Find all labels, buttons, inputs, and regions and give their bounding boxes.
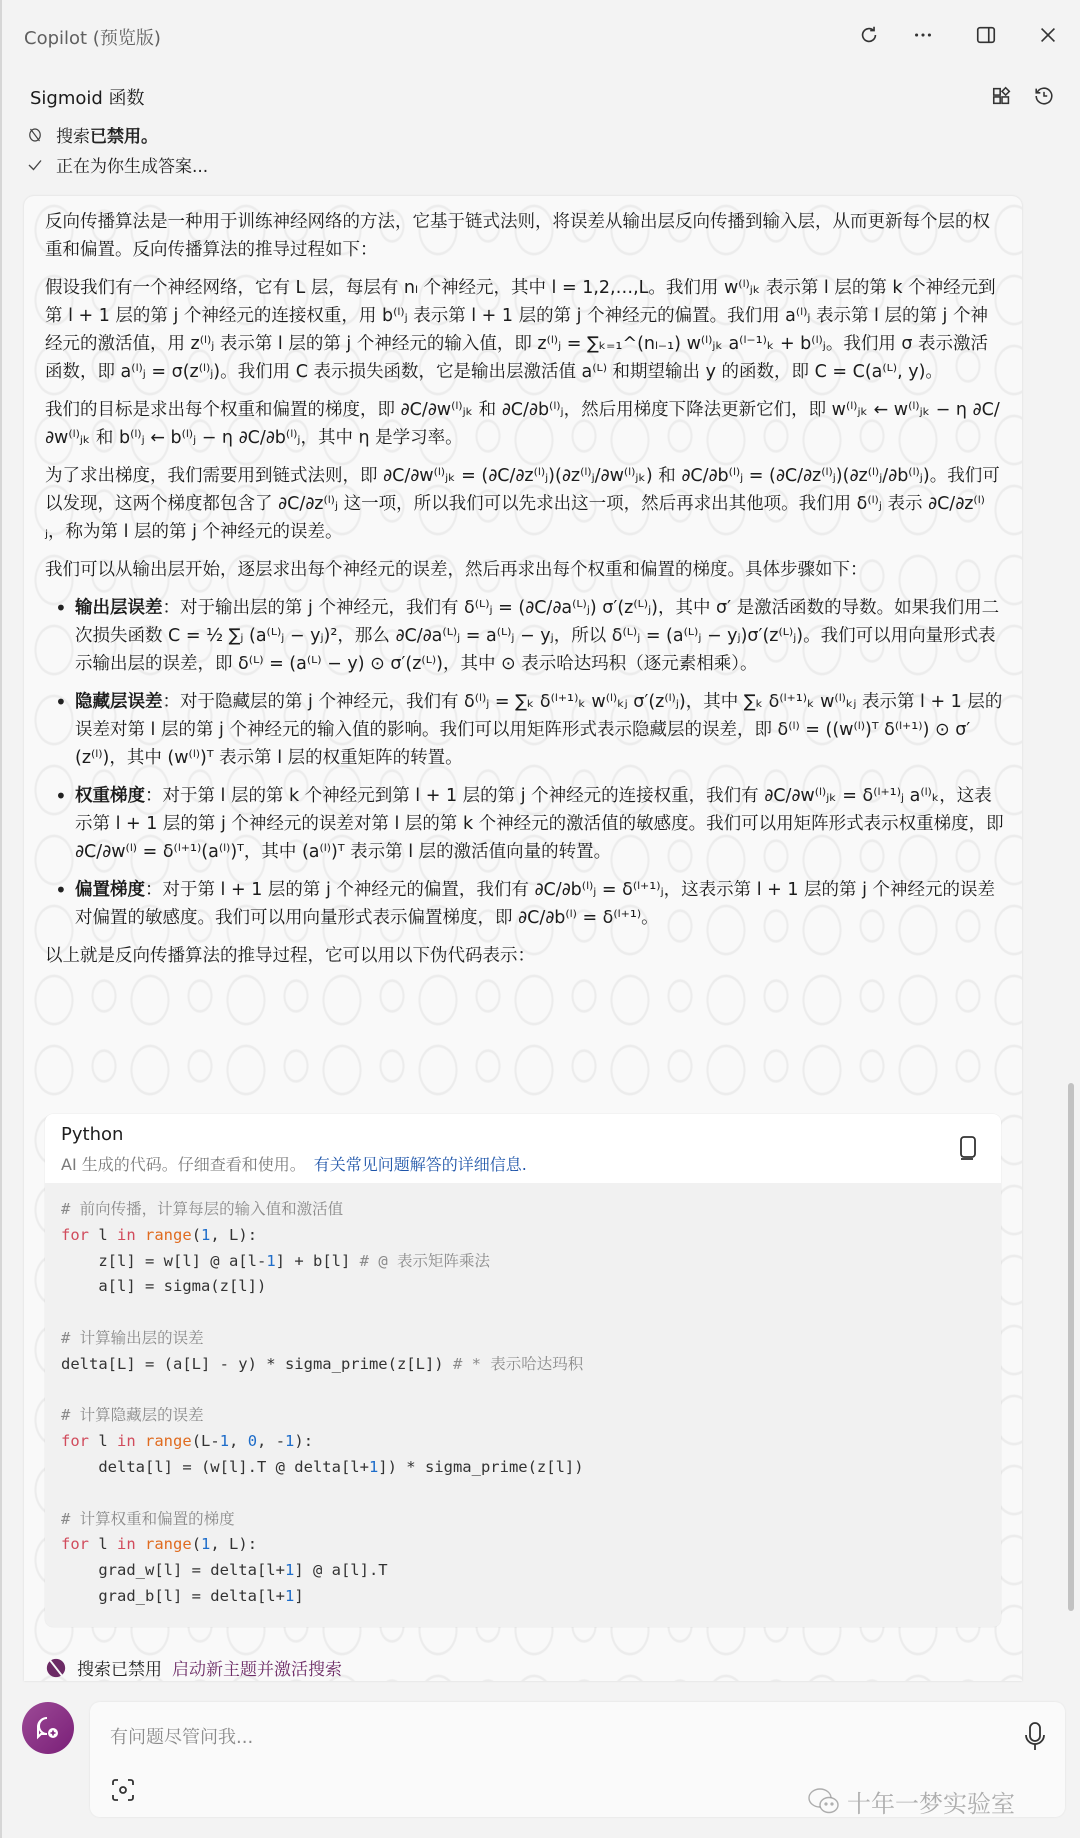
- list-item: 输出层误差：对于输出层的第 j 个神经元，我们有 δ⁽ᴸ⁾ⱼ = (∂C/∂a⁽…: [45, 594, 1005, 678]
- faq-link[interactable]: 有关常见问题解答的详细信息.: [314, 1155, 527, 1174]
- generating-text: 正在为你生成答案...: [56, 152, 208, 177]
- topic-actions: [990, 84, 1056, 108]
- scrollbar[interactable]: [1068, 1083, 1074, 1611]
- answer-paragraph: 以上就是反向传播算法的推导过程，它可以用以下伪代码表示：: [45, 942, 1005, 970]
- code-header: Python AI 生成的代码。仔细查看和使用。有关常见问题解答的详细信息.: [45, 1114, 1001, 1183]
- code-line: for l in range(L-1, 0, -1):: [61, 1429, 985, 1455]
- step-text: ：对于第 l + 1 层的第 j 个神经元的偏置，我们有 ∂C/∂b⁽ˡ⁾ⱼ =…: [75, 880, 995, 928]
- screenshot-icon: [110, 1777, 136, 1803]
- code-language: Python: [61, 1124, 123, 1145]
- list-item: 隐藏层误差：对于隐藏层的第 j 个神经元，我们有 δ⁽ˡ⁾ⱼ = ∑ₖ δ⁽ˡ⁺…: [45, 688, 1005, 772]
- answer-card: 反向传播算法是一种用于训练神经网络的方法，它基于链式法则，将误差从输出层反向传播…: [24, 196, 1022, 1681]
- step-title: 权重梯度: [75, 786, 145, 806]
- plugins-button[interactable]: [990, 84, 1014, 108]
- search-status-bold: 已禁用。: [90, 127, 158, 147]
- voice-input-button[interactable]: [1021, 1720, 1049, 1754]
- code-disclaimer: AI 生成的代码。仔细查看和使用。: [61, 1155, 306, 1174]
- step-title: 隐藏层误差: [75, 692, 163, 712]
- screenshot-button[interactable]: [110, 1777, 136, 1803]
- answer-paragraph: 假设我们有一个神经网络，它有 L 层，每层有 nₗ 个神经元，其中 l = 1,…: [45, 274, 1005, 386]
- brand-watermark: 十年一梦实验室: [807, 1784, 1015, 1819]
- answer-paragraph: 反向传播算法是一种用于训练神经网络的方法，它基于链式法则，将误差从输出层反向传播…: [45, 208, 1005, 264]
- answer-paragraph: 我们的目标是求出每个权重和偏置的梯度，即 ∂C/∂w⁽ˡ⁾ⱼₖ 和 ∂C/∂b⁽…: [45, 396, 1005, 452]
- checkmark-icon: [26, 156, 44, 174]
- generating-status: 正在为你生成答案...: [26, 152, 208, 177]
- title-bar: Copilot (预览版): [2, 0, 1080, 70]
- chat-composer: 十年一梦实验室: [90, 1702, 1065, 1817]
- answer-paragraph: 我们可以从输出层开始，逐层求出每个神经元的误差，然后再求出每个权重和偏置的梯度。…: [45, 556, 1005, 584]
- more-options-button[interactable]: [908, 20, 938, 50]
- code-line: # 计算权重和偏置的梯度: [61, 1507, 985, 1533]
- step-title: 输出层误差: [75, 598, 163, 618]
- code-line: delta[L] = (a[L] - y) * sigma_prime(z[L]…: [61, 1352, 985, 1378]
- code-body: # 前向传播，计算每层的输入值和激活值for l in range(1, L):…: [45, 1183, 1001, 1624]
- answer-content: 反向传播算法是一种用于训练神经网络的方法，它基于链式法则，将误差从输出层反向传播…: [45, 208, 1005, 980]
- split-view-icon: [975, 24, 997, 46]
- steps-list: 输出层误差：对于输出层的第 j 个神经元，我们有 δ⁽ᴸ⁾ⱼ = (∂C/∂a⁽…: [45, 594, 1005, 932]
- wechat-icon: [807, 1787, 841, 1817]
- microphone-icon: [1021, 1720, 1049, 1754]
- new-topic-button[interactable]: [22, 1702, 74, 1754]
- refresh-icon: [858, 24, 880, 46]
- search-disabled-icon: [45, 1657, 67, 1679]
- code-line: for l in range(1, L):: [61, 1223, 985, 1249]
- code-line: [61, 1481, 985, 1507]
- close-button[interactable]: [1033, 20, 1063, 50]
- history-icon: [1033, 85, 1055, 107]
- copy-code-button[interactable]: [955, 1134, 981, 1162]
- new-topic-search-link[interactable]: 启动新主题并激活搜索: [172, 1655, 342, 1680]
- search-status: 搜索已禁用。: [26, 122, 158, 147]
- app-title: Copilot (预览版): [24, 24, 161, 50]
- answer-paragraph: 为了求出梯度，我们需要用到链式法则，即 ∂C/∂w⁽ˡ⁾ⱼₖ = (∂C/∂z⁽…: [45, 462, 1005, 546]
- code-line: z[l] = w[l] @ a[l-1] + b[l] # @ 表示矩阵乘法: [61, 1249, 985, 1275]
- step-title: 偏置梯度: [75, 880, 145, 900]
- history-button[interactable]: [1032, 84, 1056, 108]
- search-disabled-icon: [26, 126, 44, 144]
- code-line: delta[l] = (w[l].T @ delta[l+1]) * sigma…: [61, 1455, 985, 1481]
- code-block: Python AI 生成的代码。仔细查看和使用。有关常见问题解答的详细信息. #…: [45, 1114, 1001, 1627]
- code-line: [61, 1300, 985, 1326]
- plugins-icon: [991, 85, 1013, 107]
- code-line: # 前向传播，计算每层的输入值和激活值: [61, 1197, 985, 1223]
- code-line: a[l] = sigma(z[l]): [61, 1274, 985, 1300]
- step-text: ：对于输出层的第 j 个神经元，我们有 δ⁽ᴸ⁾ⱼ = (∂C/∂a⁽ᴸ⁾ⱼ) …: [75, 598, 999, 674]
- code-line: for l in range(1, L):: [61, 1532, 985, 1558]
- more-icon: [912, 24, 934, 46]
- search-status-prefix: 搜索: [56, 127, 90, 147]
- step-text: ：对于第 l 层的第 k 个神经元到第 l + 1 层的第 j 个神经元的连接权…: [75, 786, 1004, 862]
- close-icon: [1037, 24, 1059, 46]
- search-disabled-footer: 搜索已禁用 启动新主题并激活搜索: [45, 1655, 342, 1680]
- conversation-title: Sigmoid 函数: [30, 84, 145, 110]
- chat-input[interactable]: [110, 1722, 970, 1752]
- list-item: 权重梯度：对于第 l 层的第 k 个神经元到第 l + 1 层的第 j 个神经元…: [45, 782, 1005, 866]
- step-text: ：对于隐藏层的第 j 个神经元，我们有 δ⁽ˡ⁾ⱼ = ∑ₖ δ⁽ˡ⁺¹⁾ₖ w…: [75, 692, 1002, 768]
- copy-icon: [955, 1134, 981, 1162]
- code-line: # 计算输出层的误差: [61, 1326, 985, 1352]
- list-item: 偏置梯度：对于第 l + 1 层的第 j 个神经元的偏置，我们有 ∂C/∂b⁽ˡ…: [45, 876, 1005, 932]
- brand-watermark-text: 十年一梦实验室: [847, 1784, 1015, 1819]
- search-disabled-label: 搜索已禁用: [77, 1655, 162, 1680]
- code-line: # 计算隐藏层的误差: [61, 1403, 985, 1429]
- code-line: [61, 1378, 985, 1404]
- code-line: grad_b[l] = delta[l+1]: [61, 1584, 985, 1610]
- refresh-button[interactable]: [854, 20, 884, 50]
- split-view-button[interactable]: [971, 20, 1001, 50]
- new-chat-icon: [33, 1713, 63, 1743]
- code-line: grad_w[l] = delta[l+1] @ a[l].T: [61, 1558, 985, 1584]
